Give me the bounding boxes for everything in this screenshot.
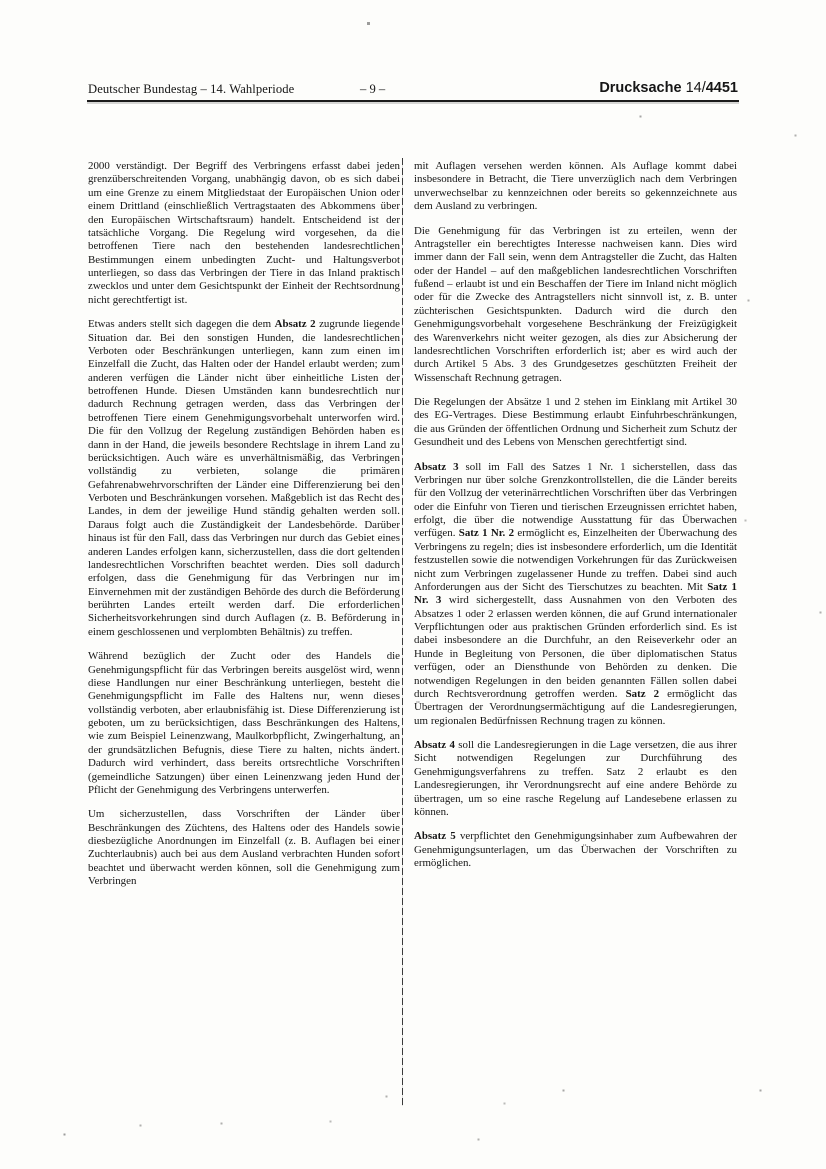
scan-noise-specks	[0, 0, 1, 1]
document-page: Deutscher Bundestag – 14. Wahlperiode – …	[0, 0, 826, 1169]
text-run: 2000 verständigt. Der Begriff des Verbri…	[88, 160, 400, 306]
text-run: verpflichtet den Genehmigungsinhaber zum…	[414, 830, 737, 869]
text-run-bold: Absatz 3	[414, 461, 459, 473]
text-run-bold: Satz 2	[626, 688, 660, 700]
header-publication-title: Deutscher Bundestag – 14. Wahlperiode	[88, 82, 294, 97]
text-run-bold: Absatz 2	[275, 318, 316, 330]
header-divider-rule	[87, 100, 739, 102]
text-run: wird sichergestellt, dass Ausnahmen von …	[414, 594, 737, 700]
text-column-left: 2000 verständigt. Der Begriff des Verbri…	[88, 160, 400, 900]
text-run: Während bezüglich der Zucht oder des Han…	[88, 650, 400, 796]
paragraph: Absatz 5 verpflichtet den Genehmigungsin…	[414, 830, 737, 870]
header-doc-number: Drucksache 14/4451	[599, 80, 738, 96]
paragraph: Absatz 4 soll die Landesregierungen in d…	[414, 739, 737, 819]
paragraph: Während bezüglich der Zucht oder des Han…	[88, 650, 400, 797]
text-run: Etwas anders stellt sich dagegen die dem	[88, 318, 275, 330]
column-divider-line	[402, 158, 403, 1106]
text-run: Um sicherzustellen, dass Vorschriften de…	[88, 808, 400, 887]
text-run-bold: Absatz 5	[414, 830, 456, 842]
page-header: Deutscher Bundestag – 14. Wahlperiode – …	[88, 81, 738, 99]
paragraph: mit Auflagen versehen werden können. Als…	[414, 160, 737, 214]
paragraph: Die Genehmigung für das Verbringen ist z…	[414, 225, 737, 386]
text-run: Die Genehmigung für das Verbringen ist z…	[414, 225, 737, 384]
paragraph: Um sicherzustellen, dass Vorschriften de…	[88, 808, 400, 888]
text-run-bold: Drucksache	[599, 80, 685, 96]
paragraph: Etwas anders stellt sich dagegen die dem…	[88, 318, 400, 639]
text-run: soll die Landesregierungen in die Lage v…	[414, 739, 737, 818]
text-run-bold: 4451	[706, 80, 738, 96]
paragraph: 2000 verständigt. Der Begriff des Verbri…	[88, 160, 400, 307]
text-run: mit Auflagen versehen werden können. Als…	[414, 160, 737, 212]
paragraph: Die Regelungen der Absätze 1 und 2 stehe…	[414, 396, 737, 450]
text-run: 14/	[686, 80, 706, 96]
text-run: zugrunde liegende Situation dar. Bei den…	[88, 318, 400, 638]
text-run: Die Regelungen der Absätze 1 und 2 stehe…	[414, 396, 737, 448]
header-page-number: – 9 –	[360, 82, 385, 97]
text-column-right: mit Auflagen versehen werden können. Als…	[414, 160, 737, 881]
text-run-bold: Satz 1 Nr. 2	[459, 527, 514, 539]
paragraph: Absatz 3 soll im Fall des Satzes 1 Nr. 1…	[414, 461, 737, 729]
text-run-bold: Absatz 4	[414, 739, 455, 751]
